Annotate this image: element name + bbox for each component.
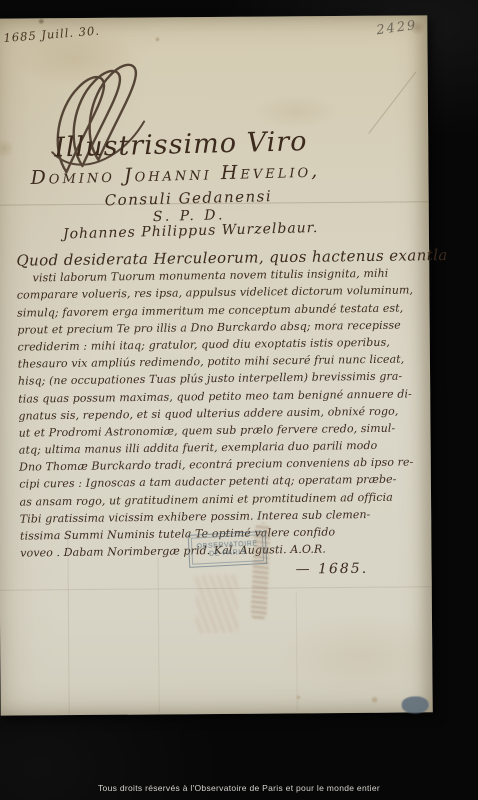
fold-crease-vertical-left bbox=[67, 538, 69, 714]
folio-number: 2429 bbox=[376, 18, 419, 38]
observatory-stamp: OBSERVATOIRE DE PARIS bbox=[188, 531, 268, 568]
ink-bleedthrough-patch bbox=[196, 575, 238, 633]
paper-scratch bbox=[368, 71, 416, 133]
date-year: — 1685. bbox=[296, 561, 369, 578]
manuscript-page: 1685 Juill. 30. 2429 Illustrissimo Viro … bbox=[0, 15, 433, 715]
stamp-line-2: DE PARIS bbox=[209, 548, 246, 558]
corner-ink-smudge bbox=[402, 696, 429, 713]
salutation-line-1: Illustrissimo Viro bbox=[54, 126, 308, 163]
photo-backdrop: 1685 Juill. 30. 2429 Illustrissimo Viro … bbox=[0, 0, 478, 800]
fold-crease-vertical-mid bbox=[158, 557, 160, 713]
archival-date-note: 1685 Juill. 30. bbox=[3, 24, 100, 45]
fold-crease-vertical-right bbox=[296, 591, 298, 711]
copyright-bar: Tous droits réservés à l'Observatoire de… bbox=[0, 774, 478, 800]
copyright-text: Tous droits réservés à l'Observatoire de… bbox=[0, 783, 478, 793]
salutation-line-3: Consuli Gedanensi bbox=[104, 187, 272, 209]
letter-body: Quod desiderata Herculeorum, quos hacten… bbox=[16, 247, 426, 562]
author-name-line: Johannes Philippus Wurzelbaur. bbox=[63, 220, 319, 242]
observatory-stamp-text: OBSERVATOIRE DE PARIS bbox=[191, 534, 264, 565]
